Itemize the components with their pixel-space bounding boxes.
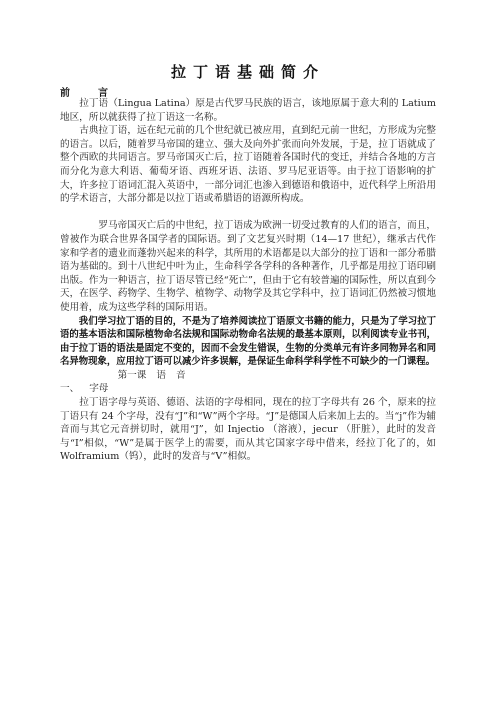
paragraph-middle-ages: 罗马帝国灭亡后的中世纪，拉丁语成为欧洲一切受过教育的人们的语言，而且，曾被作为联… (60, 219, 436, 314)
paragraph-intro: 拉丁语（Lingua Latina）原是古代罗马民族的语言，该地原属于意大利的 … (60, 97, 436, 124)
section-label: 字母 (89, 383, 108, 394)
paragraph-purpose: 我们学习拉丁语的目的，不是为了培养阅读拉丁语原文书籍的能力，只是为了学习拉丁语的… (60, 315, 436, 369)
document-title: 拉丁语基础简介 (60, 61, 436, 82)
document-body: 拉丁语（Lingua Latina）原是古代罗马民族的语言，该地原属于意大利的 … (60, 97, 436, 464)
section-heading: 一、字母 (60, 382, 436, 396)
blank-line (60, 206, 436, 220)
lesson-heading-word2: 音 (176, 370, 186, 381)
paragraph-alphabet: 拉丁语字母与英语、德语、法语的字母相同，现在的拉丁字母共有 26 个，原来的拉丁… (60, 396, 436, 464)
lesson-heading-word1: 语 (156, 370, 166, 381)
lesson-heading: 第一课语音 (60, 369, 436, 383)
lesson-heading-number: 第一课 (118, 370, 147, 381)
section-number: 一、 (60, 383, 79, 394)
paragraph-classical-latin: 古典拉丁语，远在纪元前的几个世纪就已被应用，直到纪元前一世纪，方形成为完整的语言… (60, 124, 436, 206)
